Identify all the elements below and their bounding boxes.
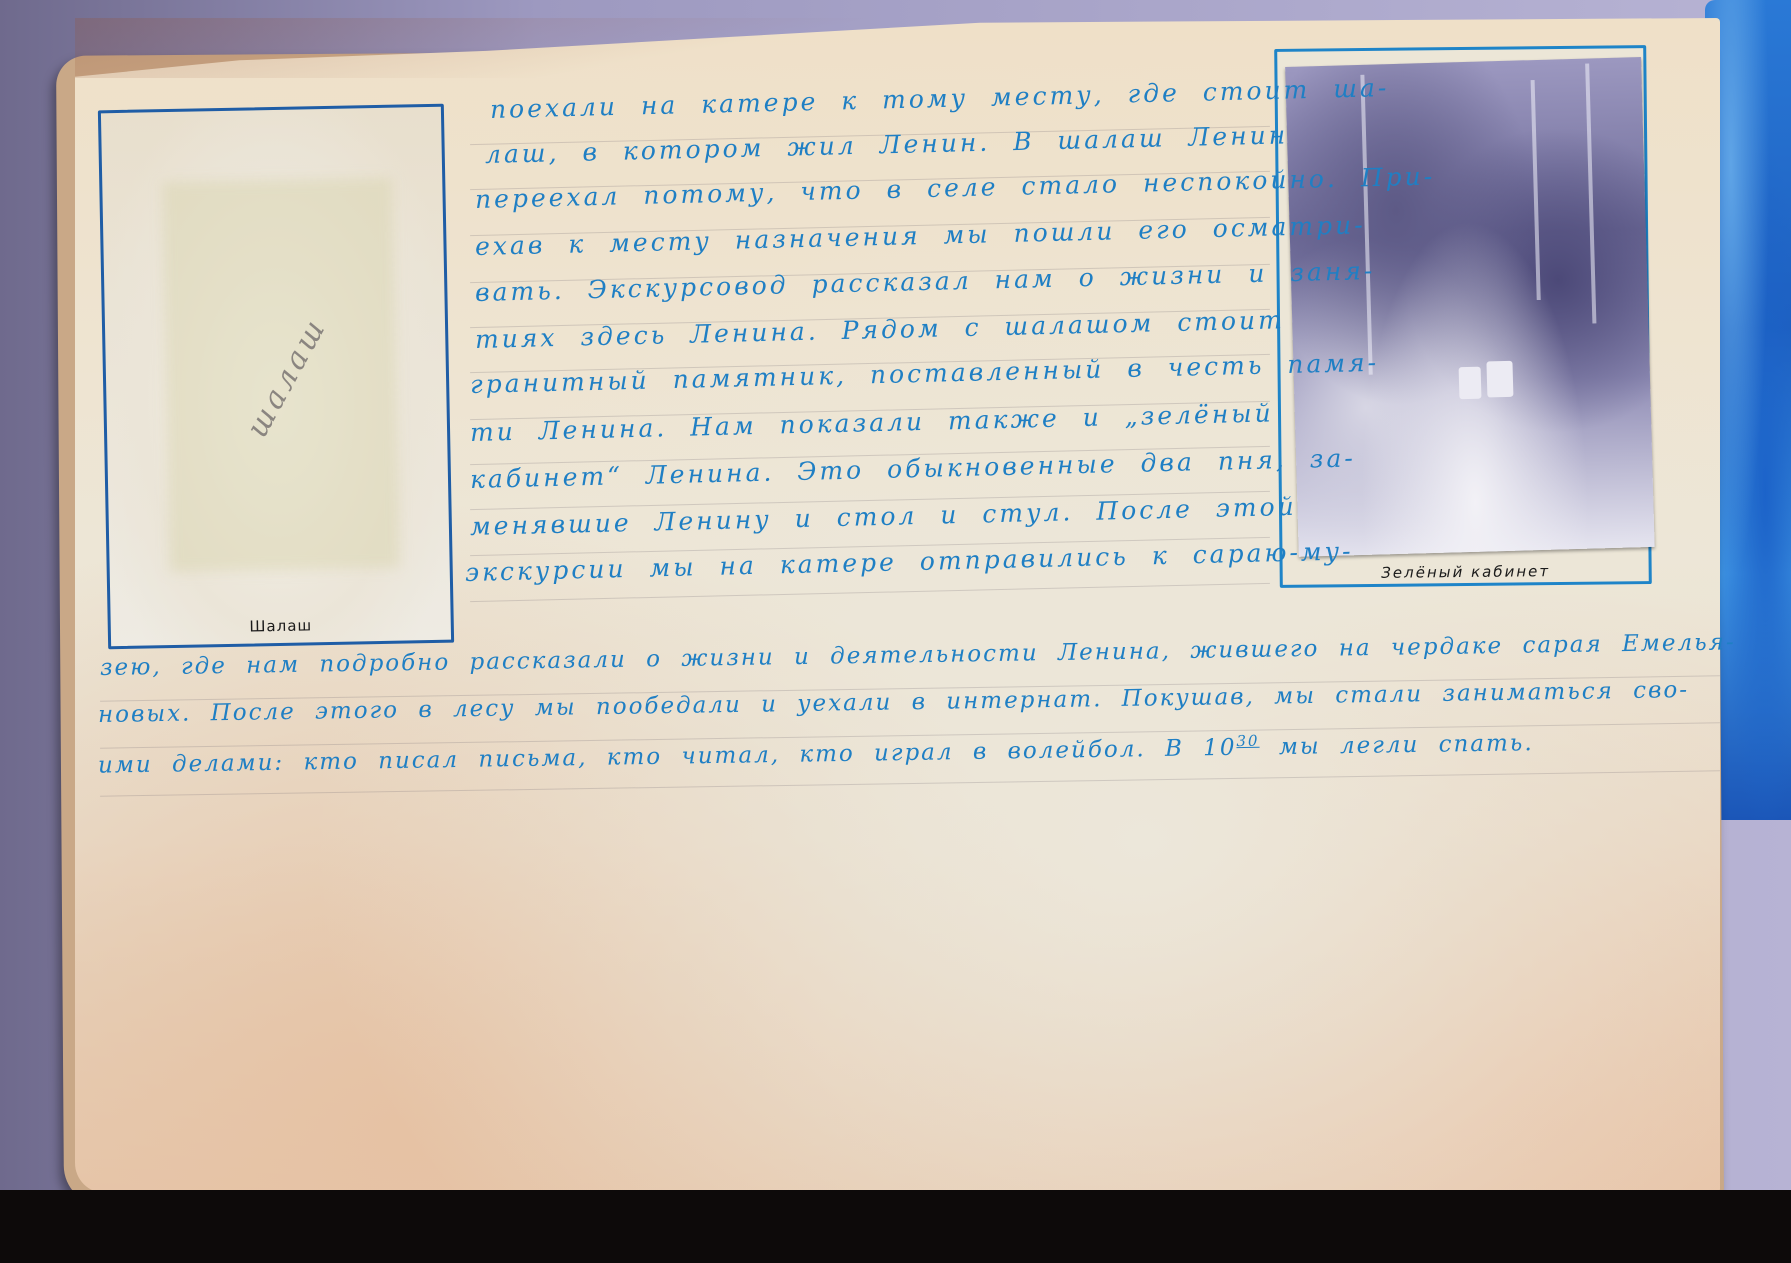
photo-frame-left: шалаш Шалаш — [98, 104, 454, 650]
tree-trunk — [1531, 80, 1541, 300]
photo-caption-left: Шалаш — [111, 614, 451, 639]
tree-stump — [1459, 367, 1482, 400]
photo-frame-right: Зелёный кабинет — [1274, 45, 1652, 588]
handwriting-text: мы легли спать. — [1279, 730, 1534, 760]
tree-trunk — [1585, 64, 1596, 324]
tree-stump — [1486, 361, 1513, 398]
time-minutes: 30 — [1236, 732, 1259, 750]
table-shadow — [0, 1190, 1791, 1263]
forest-photo — [1285, 57, 1655, 557]
